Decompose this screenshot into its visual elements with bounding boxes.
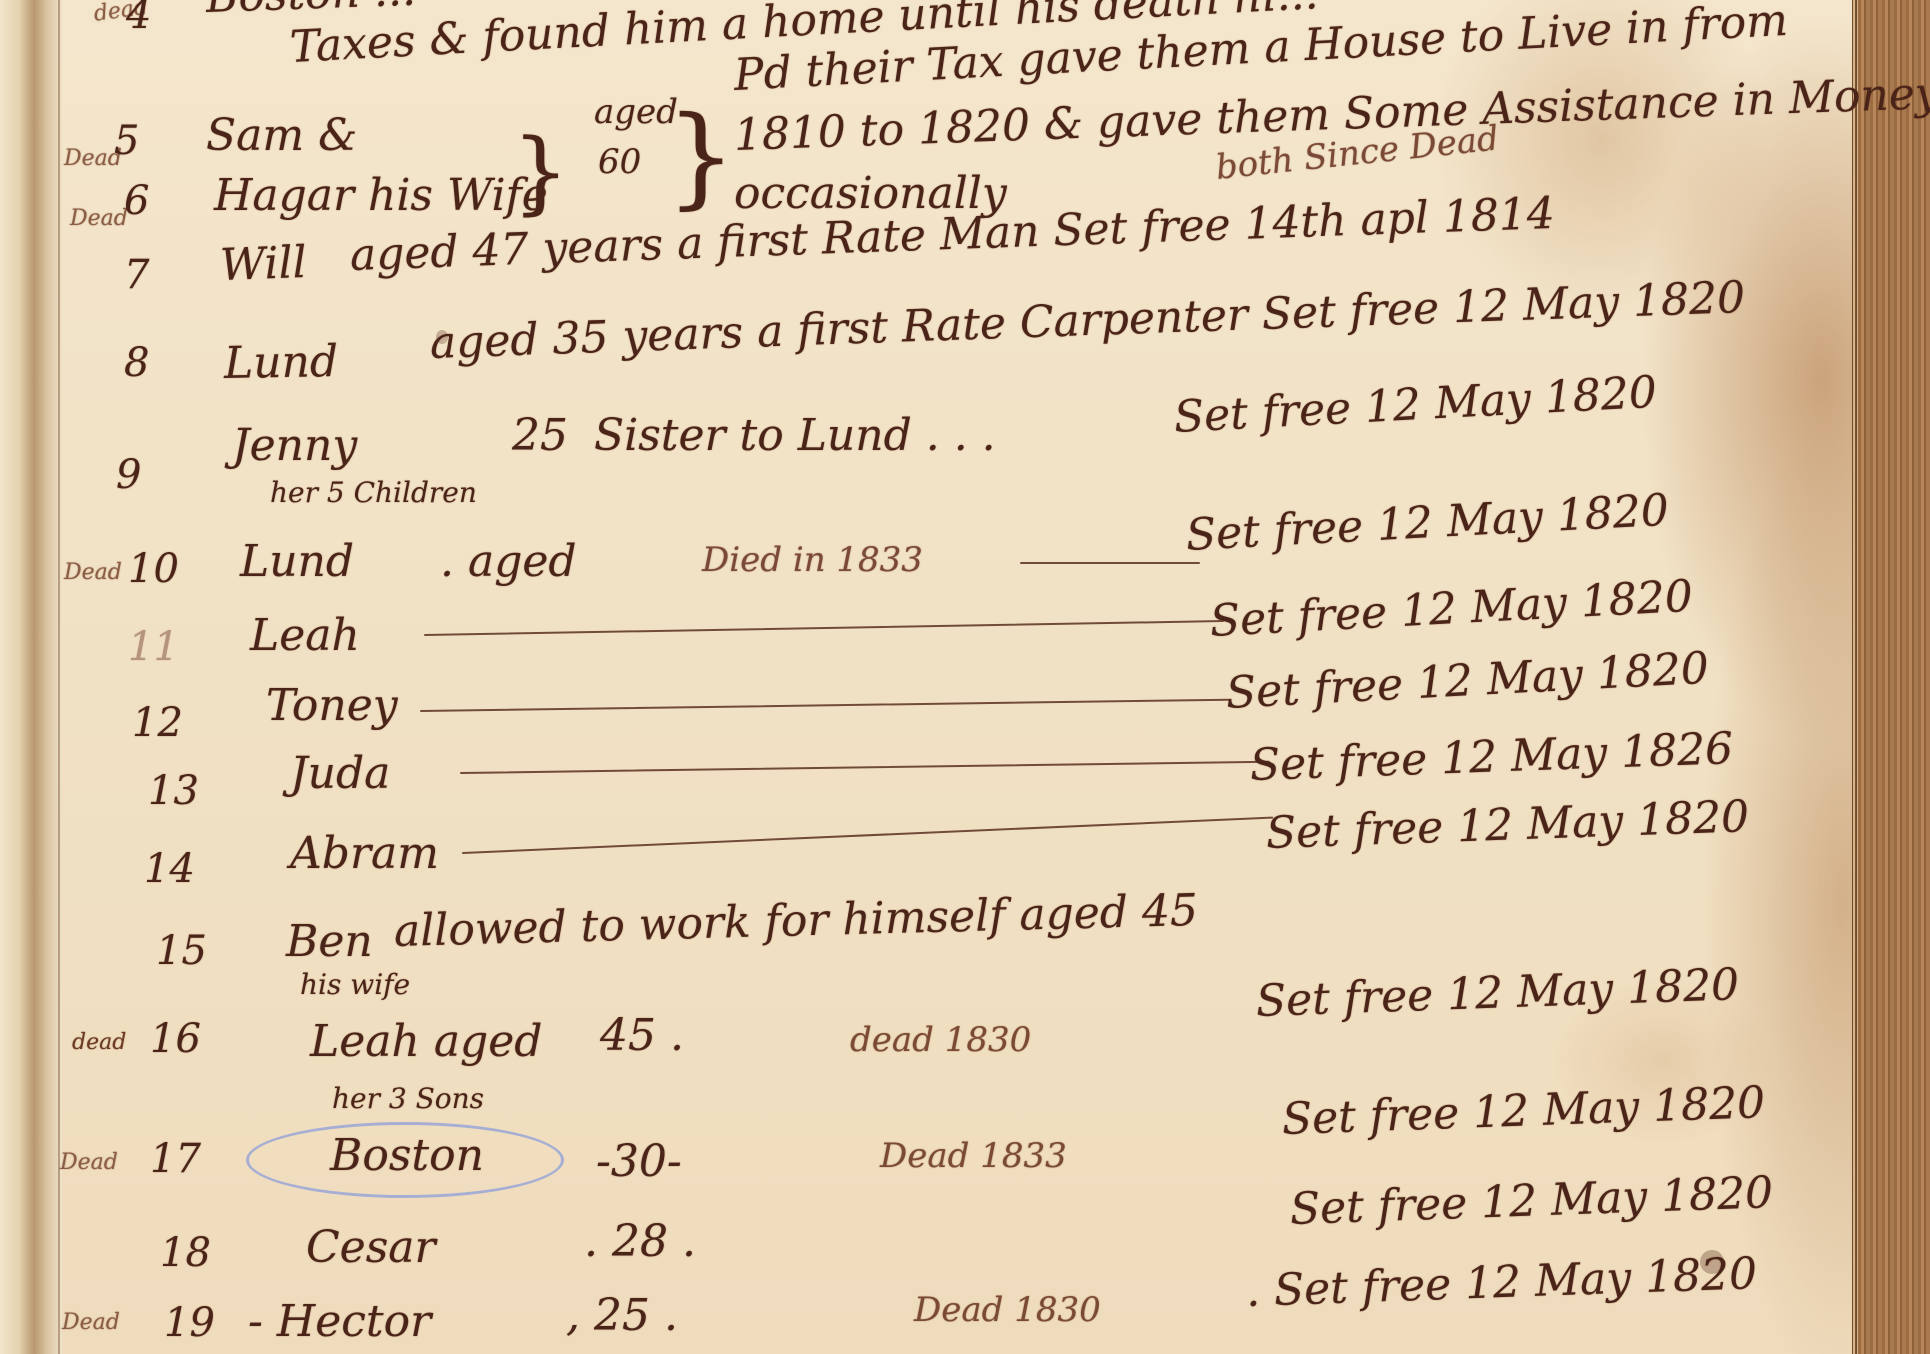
ditto-rule [1020, 562, 1200, 564]
entry-subnote: her 3 Sons [332, 1082, 484, 1115]
entry-name-highlighted: Boston [330, 1130, 484, 1181]
entry-subnote: his wife [300, 968, 410, 1001]
entry-name: Abram [290, 828, 439, 879]
book-gutter [0, 0, 62, 1354]
entry-number: 18 [160, 1230, 211, 1276]
entry-name: Lund [224, 336, 339, 389]
entry-number: 13 [148, 768, 199, 814]
entry-age: 45 . [600, 1010, 684, 1061]
margin-note-dead: Dead [64, 560, 122, 585]
entry-name: Cesar [306, 1222, 436, 1273]
entry-number: 6 [124, 178, 149, 224]
margin-note-dead: Dead [70, 206, 128, 231]
margin-note-dead: Dead [62, 1310, 120, 1335]
entry-number: 4 [126, 0, 151, 38]
entry-number: 16 [150, 1016, 201, 1062]
brace-glyph: } [666, 92, 736, 220]
entry-number: 7 [124, 252, 149, 298]
entry-age: -30- [596, 1136, 682, 1187]
entry-number: 19 [164, 1300, 215, 1346]
entry-name: Leah aged [310, 1016, 542, 1067]
entry-note: Dead 1830 [914, 1290, 1101, 1330]
margin-note-dead: dead [72, 1030, 126, 1055]
entry-number: 12 [132, 700, 183, 746]
age-value: 60 [598, 142, 641, 182]
entry-name: Jenny [232, 420, 357, 471]
entry-name: Hagar his Wife [214, 170, 548, 221]
entry-number: 14 [144, 846, 195, 892]
entry-name: Leah [250, 610, 360, 661]
entry-age: , 25 . [566, 1290, 678, 1341]
entry-note: dead 1830 [850, 1020, 1031, 1060]
entry-note: Dead 1833 [880, 1136, 1067, 1176]
entry-name: Sam & [206, 110, 357, 161]
manuscript-scene: dead 4 Boston ... Taxes & found him a ho… [0, 0, 1930, 1354]
entry-number: 15 [156, 928, 207, 974]
entry-name: Ben [286, 916, 373, 967]
entry-number: 5 [114, 118, 139, 164]
entry-number: 17 [150, 1136, 201, 1182]
entry-subnote: her 5 Children [270, 476, 477, 509]
entry-number: 9 [116, 452, 141, 498]
entry-name: Lund [240, 536, 354, 587]
entry-name: Will [219, 237, 307, 291]
book-block-edge [1858, 0, 1930, 1354]
entry-note: Sister to Lund . . . [594, 410, 996, 461]
entry-name: Toney [266, 680, 398, 731]
entry-name: - Hector [248, 1296, 431, 1347]
entry-age: 25 [512, 410, 568, 461]
entry-name: Juda [290, 748, 390, 799]
entry-age: . aged [440, 536, 577, 587]
entry-number: 11 [128, 624, 179, 670]
margin-note-dead: Dead [60, 1150, 118, 1175]
entry-number: 8 [124, 340, 149, 386]
brace-glyph: } [512, 120, 569, 225]
entry-age: . 28 . [584, 1216, 696, 1267]
entry-note: Died in 1833 [702, 540, 923, 580]
entry-number: 10 [128, 546, 179, 592]
